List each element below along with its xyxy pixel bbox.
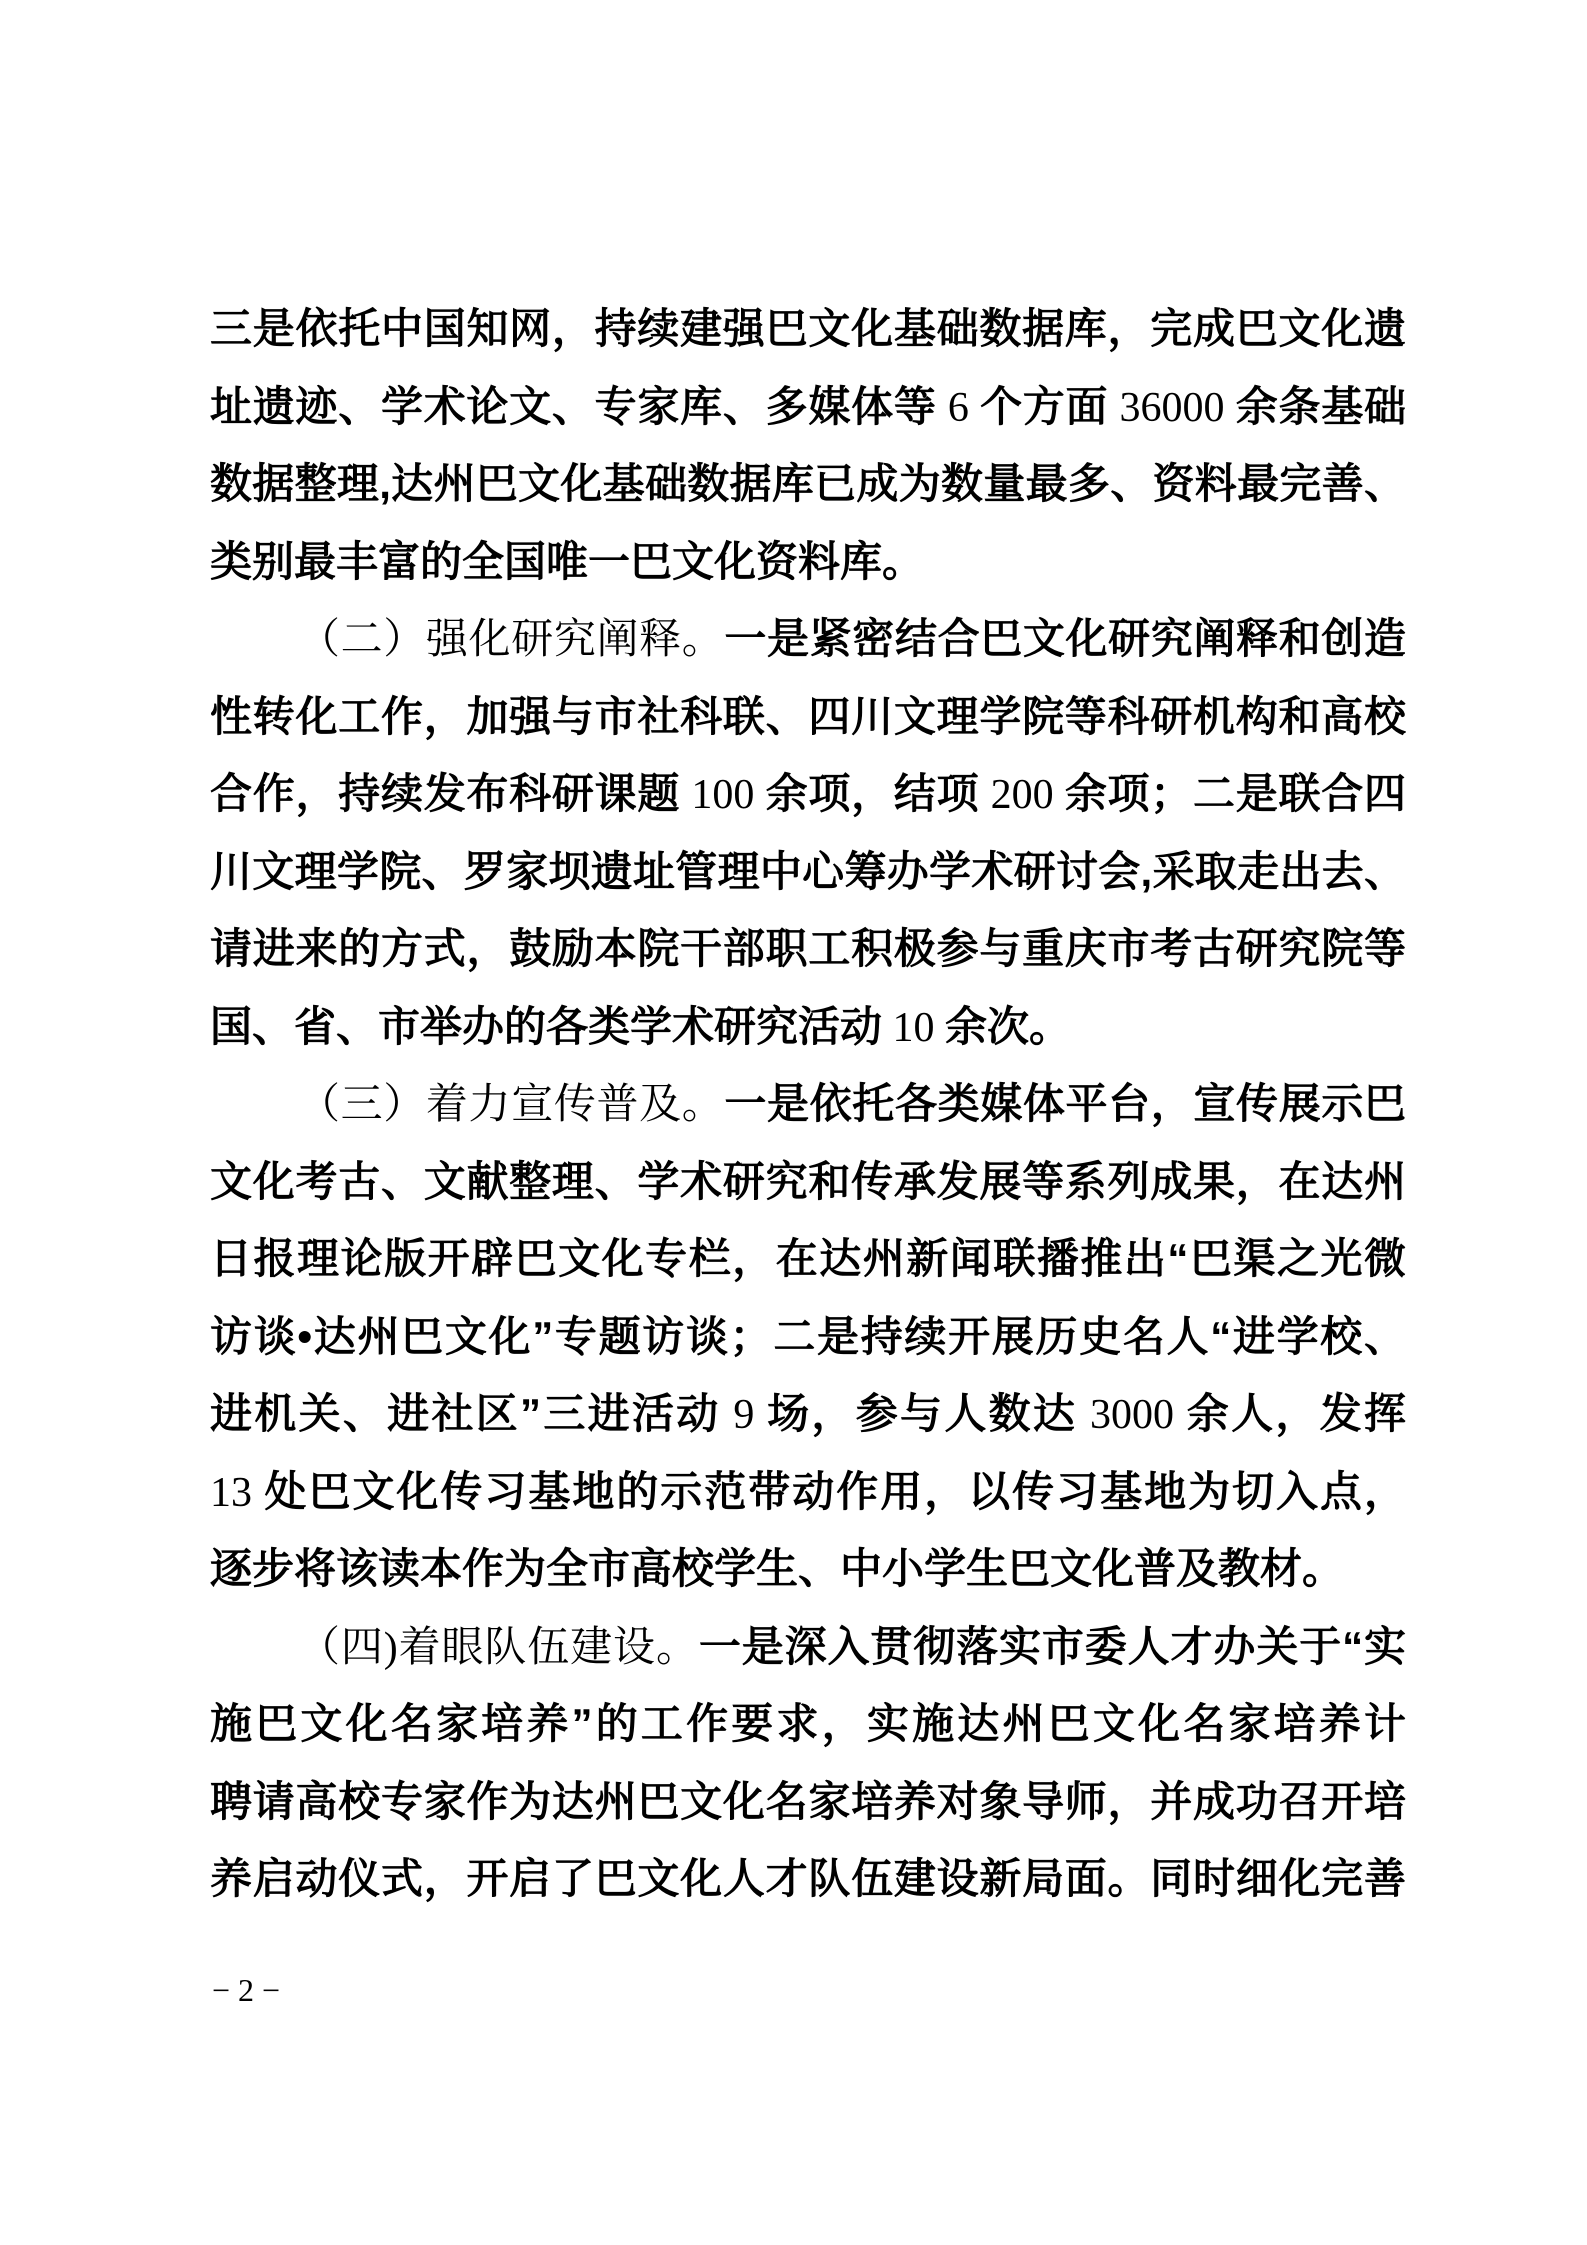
text-line: 三是依托中国知网，持续建强巴文化基础数据库，完成巴文化遗 xyxy=(210,290,1406,368)
body-text: 施巴文化名家培养”的工作要求，实施达州巴文化名家培养计划， xyxy=(210,1700,1406,1763)
text-line: 类别最丰富的全国唯一巴文化资料库。 xyxy=(210,523,1406,601)
body-text: 一是深入贯彻落实市委人才办关于“实 xyxy=(699,1623,1406,1670)
body-text: 合作，持续发布科研课题 xyxy=(210,770,680,817)
section-heading-text: （四)着眼队伍建设。 xyxy=(298,1625,699,1671)
numeral-text: 9 xyxy=(721,1392,768,1438)
page-number: − 2 − xyxy=(212,1972,280,2009)
body-text: 日报理论版开辟巴文化专栏，在达州新闻联播推出“巴渠之光微 xyxy=(210,1235,1406,1282)
text-line: 合作，持续发布科研课题 100 余项，结项 200 余项；二是联合四 xyxy=(210,755,1406,833)
body-text: 聘请高校专家作为达州巴文化名家培养对象导师，并成功召开培 xyxy=(210,1778,1406,1825)
text-line: 进机关、进社区”三进活动 9 场，参与人数达 3000 余人，发挥 xyxy=(210,1375,1406,1453)
numeral-text: 100 xyxy=(680,772,765,818)
body-text: 类别最丰富的全国唯一巴文化资料库。 xyxy=(210,538,924,585)
para-section-3-publicity: （三）着力宣传普及。一是依托各类媒体平台，宣传展示巴文化考古、文献整理、学术研究… xyxy=(210,1065,1406,1608)
body-text: 养启动仪式，开启了巴文化人才队伍建设新局面。同时细化完善 xyxy=(210,1855,1406,1902)
text-line: （二）强化研究阐释。一是紧密结合巴文化研究阐释和创造 xyxy=(210,600,1406,678)
body-text: 请进来的方式，鼓励本院干部职工积极参与重庆市考古研究院等 xyxy=(210,925,1406,972)
body-text: 访谈•达州巴文化”专题访谈；二是持续开展历史名人“进学校、 xyxy=(210,1313,1406,1360)
body-text: 数据整理,达州巴文化基础数据库已成为数量最多、资料最完善、 xyxy=(210,460,1406,507)
body-text: 余项；二是联合四 xyxy=(1065,770,1406,817)
body-text: 场，参与人数达 xyxy=(767,1390,1077,1437)
numeral-text: 36000 xyxy=(1108,385,1235,431)
text-line: （四)着眼队伍建设。一是深入贯彻落实市委人才办关于“实 xyxy=(210,1608,1406,1686)
body-text: 处巴文化传习基地的示范带动作用，以传习基地为切入点， xyxy=(264,1468,1406,1515)
text-line: 请进来的方式，鼓励本院干部职工积极参与重庆市考古研究院等 xyxy=(210,910,1406,988)
body-text: 逐步将该读本作为全市高校学生、中小学生巴文化普及教材。 xyxy=(210,1545,1344,1592)
body-text: 址遗迹、学术论文、专家库、多媒体等 xyxy=(210,383,937,430)
text-line: 址遗迹、学术论文、专家库、多媒体等 6 个方面 36000 余条基础 xyxy=(210,368,1406,446)
body-text: 个方面 xyxy=(980,383,1108,430)
body-text: 余项，结项 xyxy=(766,770,980,817)
body-text: 余人，发挥 xyxy=(1187,1390,1406,1437)
numeral-text: 10 xyxy=(882,1005,945,1051)
numeral-text: 3000 xyxy=(1077,1392,1187,1438)
para-section-4-team: （四)着眼队伍建设。一是深入贯彻落实市委人才办关于“实施巴文化名家培养”的工作要… xyxy=(210,1608,1406,1918)
body-text: 进机关、进社区”三进活动 xyxy=(210,1390,721,1437)
body-text: 一是依托各类媒体平台，宣传展示巴 xyxy=(724,1080,1406,1127)
body-text: 一是紧密结合巴文化研究阐释和创造 xyxy=(724,615,1406,662)
body-text: 余条基础 xyxy=(1236,383,1406,430)
body-text: 三是依托中国知网，持续建强巴文化基础数据库，完成巴文化遗 xyxy=(210,305,1406,352)
numeral-text: 200 xyxy=(979,772,1064,818)
text-line: 文化考古、文献整理、学术研究和传承发展等系列成果，在达州 xyxy=(210,1143,1406,1221)
body-text: 文化考古、文献整理、学术研究和传承发展等系列成果，在达州 xyxy=(210,1158,1406,1205)
text-line: 逐步将该读本作为全市高校学生、中小学生巴文化普及教材。 xyxy=(210,1530,1406,1608)
numeral-text: 6 xyxy=(937,385,980,431)
text-line: 聘请高校专家作为达州巴文化名家培养对象导师，并成功召开培 xyxy=(210,1763,1406,1841)
body-text: 国、省、市举办的各类学术研究活动 xyxy=(210,1003,882,1050)
text-line: 数据整理,达州巴文化基础数据库已成为数量最多、资料最完善、 xyxy=(210,445,1406,523)
document-page: 三是依托中国知网，持续建强巴文化基础数据库，完成巴文化遗址遗迹、学术论文、专家库… xyxy=(0,0,1587,2245)
text-line: 13 处巴文化传习基地的示范带动作用，以传习基地为切入点， xyxy=(210,1453,1406,1531)
text-line: 性转化工作，加强与市社科联、四川文理学院等科研机构和高校 xyxy=(210,678,1406,756)
text-line: 访谈•达州巴文化”专题访谈；二是持续开展历史名人“进学校、 xyxy=(210,1298,1406,1376)
body-text: 余次。 xyxy=(945,1003,1071,1050)
text-line: 日报理论版开辟巴文化专栏，在达州新闻联播推出“巴渠之光微 xyxy=(210,1220,1406,1298)
body-text: 性转化工作，加强与市社科联、四川文理学院等科研机构和高校 xyxy=(210,693,1406,740)
para-section-2-research: （二）强化研究阐释。一是紧密结合巴文化研究阐释和创造性转化工作，加强与市社科联、… xyxy=(210,600,1406,1065)
numeral-text: 13 xyxy=(210,1470,264,1516)
body-text: 川文理学院、罗家坝遗址管理中心筹办学术研讨会,采取走出去、 xyxy=(210,848,1406,895)
text-line: （三）着力宣传普及。一是依托各类媒体平台，宣传展示巴 xyxy=(210,1065,1406,1143)
text-line: 国、省、市举办的各类学术研究活动 10 余次。 xyxy=(210,988,1406,1066)
para-database-continuation: 三是依托中国知网，持续建强巴文化基础数据库，完成巴文化遗址遗迹、学术论文、专家库… xyxy=(210,290,1406,600)
document-body: 三是依托中国知网，持续建强巴文化基础数据库，完成巴文化遗址遗迹、学术论文、专家库… xyxy=(210,290,1406,1918)
section-heading-text: （三）着力宣传普及。 xyxy=(298,1082,724,1128)
text-line: 养启动仪式，开启了巴文化人才队伍建设新局面。同时细化完善 xyxy=(210,1840,1406,1918)
text-line: 施巴文化名家培养”的工作要求，实施达州巴文化名家培养计划， xyxy=(210,1685,1406,1763)
section-heading-text: （二）强化研究阐释。 xyxy=(298,617,724,663)
text-line: 川文理学院、罗家坝遗址管理中心筹办学术研讨会,采取走出去、 xyxy=(210,833,1406,911)
